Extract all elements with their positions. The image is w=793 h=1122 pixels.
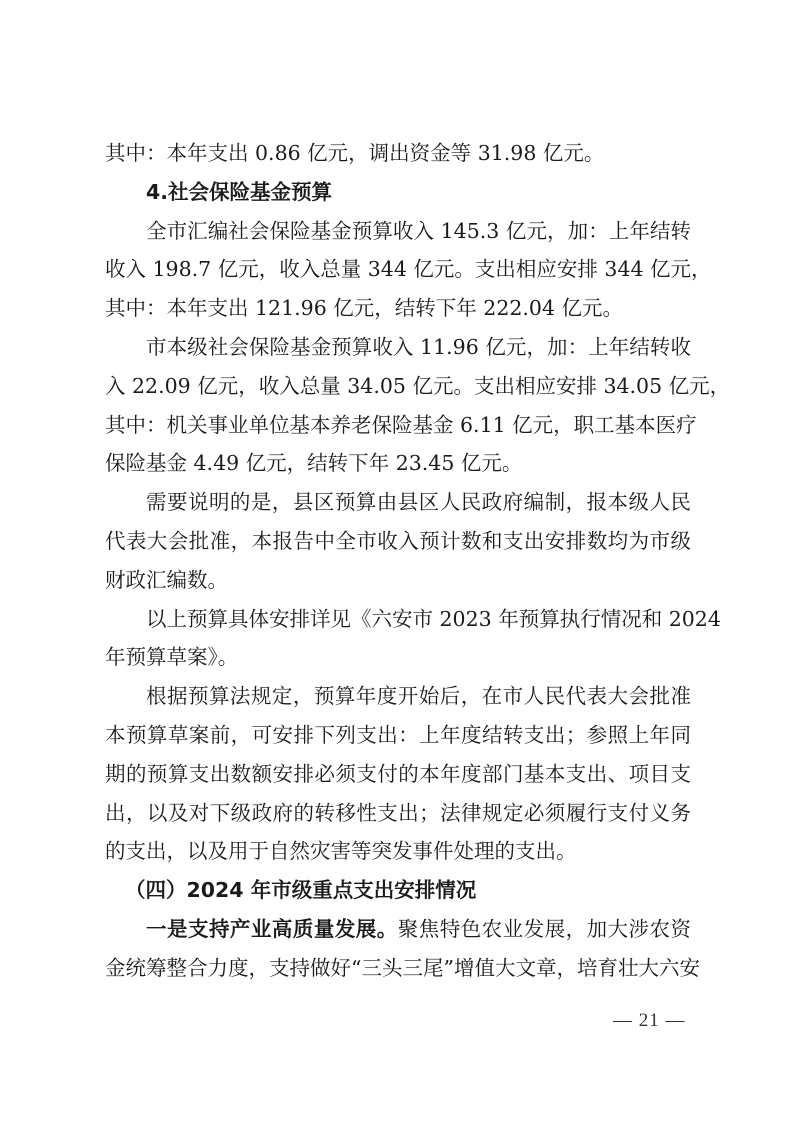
- paragraph-line: 入 22.09 亿元，收入总量 34.05 亿元。支出相应安排 34.05 亿元…: [105, 367, 691, 406]
- paragraph-line: 代表大会批准，本报告中全市收入预计数和支出安排数均为市级: [105, 522, 691, 561]
- paragraph-line: 期的预算支出数额安排必须支付的本年度部门基本支出、项目支: [105, 755, 691, 794]
- paragraph-line: 财政汇编数。: [105, 561, 691, 600]
- lead-phrase: 一是支持产业高质量发展。: [146, 917, 398, 941]
- paragraph-line: 其中：机关事业单位基本养老保险基金 6.11 亿元，职工基本医疗: [105, 406, 691, 445]
- section-heading-social-insurance: 4.社会保险基金预算: [105, 173, 691, 212]
- paragraph-text: 聚焦特色农业发展，加大涉农资: [398, 917, 691, 941]
- paragraph-line: 收入 198.7 亿元，收入总量 344 亿元。支出相应安排 344 亿元，: [105, 250, 691, 289]
- paragraph-line: 其中：本年支出 0.86 亿元，调出资金等 31.98 亿元。: [105, 134, 691, 173]
- paragraph-line: 年预算草案》。: [105, 638, 691, 677]
- paragraph-line: 其中：本年支出 121.96 亿元，结转下年 222.04 亿元。: [105, 289, 691, 328]
- document-page: 其中：本年支出 0.86 亿元，调出资金等 31.98 亿元。 4.社会保险基金…: [105, 134, 691, 988]
- page-number: — 21 —: [613, 1010, 686, 1032]
- paragraph-line: 出，以及对下级政府的转移性支出；法律规定必须履行支付义务: [105, 794, 691, 833]
- paragraph-line: 一是支持产业高质量发展。聚焦特色农业发展，加大涉农资: [105, 910, 691, 949]
- paragraph-line: 需要说明的是，县区预算由县区人民政府编制，报本级人民: [105, 483, 691, 522]
- paragraph-line: 保险基金 4.49 亿元，结转下年 23.45 亿元。: [105, 444, 691, 483]
- paragraph-line: 根据预算法规定，预算年度开始后，在市人民代表大会批准: [105, 677, 691, 716]
- paragraph-line: 全市汇编社会保险基金预算收入 145.3 亿元，加：上年结转: [105, 212, 691, 251]
- paragraph-line: 以上预算具体安排详见《六安市 2023 年预算执行情况和 2024: [105, 600, 691, 639]
- paragraph-line: 本预算草案前，可安排下列支出：上年度结转支出；参照上年同: [105, 716, 691, 755]
- paragraph-line: 金统筹整合力度，支持做好“三头三尾”增值大文章，培育壮大六安: [105, 949, 691, 988]
- paragraph-line: 市本级社会保险基金预算收入 11.96 亿元，加：上年结转收: [105, 328, 691, 367]
- paragraph-line: 的支出，以及用于自然灾害等突发事件处理的支出。: [105, 832, 691, 871]
- section-heading-key-expenditure: （四）2024 年市级重点支出安排情况: [105, 871, 691, 910]
